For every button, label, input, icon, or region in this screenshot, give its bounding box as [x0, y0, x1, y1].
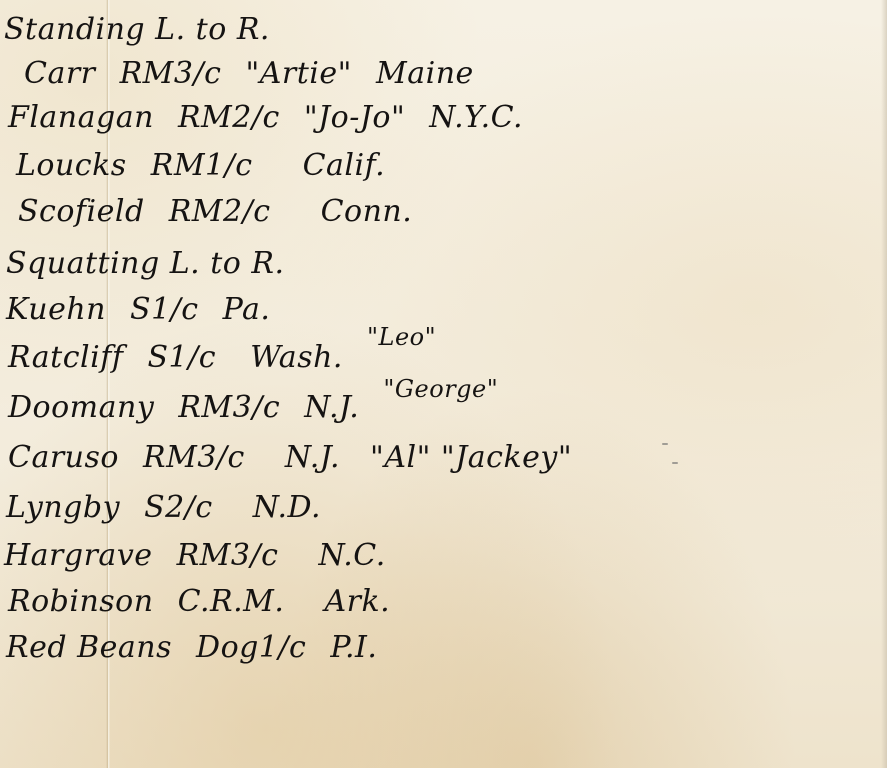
section-heading-standing: Standing L. to R. — [4, 12, 270, 48]
list-item: Ratcliff S1/c Wash. "Leo" — [8, 340, 436, 377]
section-heading-squatting: Squatting L. to R. — [6, 246, 285, 282]
sailor-home-state: N.D. — [253, 490, 321, 525]
sailor-nickname: "Jo-Jo" — [304, 100, 405, 135]
sailor-home-state: P.I. — [330, 630, 377, 665]
list-item: Flanagan RM2/c "Jo-Jo" N.Y.C. — [8, 100, 523, 136]
sailor-home-state: Ark. — [324, 584, 390, 619]
sailor-rate: Dog1/c — [196, 630, 306, 665]
list-item: Kuehn S1/c Pa. — [6, 292, 270, 328]
sailor-name: Ratcliff — [8, 340, 123, 375]
sailor-home-state: Maine — [376, 56, 474, 91]
list-item: Hargrave RM3/c N.C. — [4, 538, 386, 574]
sailor-nickname: "Artie" — [245, 56, 352, 91]
sailor-rate: RM2/c — [178, 100, 280, 135]
sailor-name: Robinson — [8, 584, 154, 619]
sailor-nickname: "Leo" — [367, 323, 436, 351]
sailor-name: Scofield — [18, 194, 145, 229]
aged-paper-document: Standing L. to R. Carr RM3/c "Artie" Mai… — [0, 0, 887, 768]
sailor-name: Kuehn — [6, 292, 106, 327]
sailor-rate: S1/c — [130, 292, 199, 327]
sailor-home-state: N.J. — [304, 390, 359, 425]
sailor-rate: RM3/c — [178, 390, 280, 425]
list-item: Doomany RM3/c N.J. "George" — [8, 390, 498, 427]
list-item: Lyngby S2/c N.D. — [6, 490, 321, 526]
sailor-home-state: Wash. — [250, 340, 343, 375]
sailor-rate: RM1/c — [151, 148, 253, 183]
sailor-rate: S1/c — [147, 340, 216, 375]
sailor-name: Caruso — [8, 440, 119, 475]
sailor-name: Flanagan — [8, 100, 154, 135]
paper-edge-shadow — [881, 0, 887, 768]
sailor-home-state: Pa. — [223, 292, 271, 327]
sailor-home-state: N.Y.C. — [429, 100, 523, 135]
sailor-name: Hargrave — [4, 538, 153, 573]
list-item: Loucks RM1/c Calif. — [16, 148, 385, 184]
sailor-name: Carr — [24, 56, 96, 91]
sailor-nickname: "Al" "Jackey" — [370, 440, 572, 475]
list-item: Caruso RM3/c N.J. "Al" "Jackey" — [8, 440, 572, 476]
ink-speck — [662, 443, 668, 445]
sailor-rate: S2/c — [144, 490, 213, 525]
sailor-home-state: N.C. — [318, 538, 385, 573]
sailor-rate: RM2/c — [169, 194, 271, 229]
sailor-rate: RM3/c — [177, 538, 279, 573]
sailor-name: Doomany — [8, 390, 154, 425]
ink-speck — [672, 462, 678, 464]
sailor-home-state: N.J. — [285, 440, 340, 475]
sailor-name: Loucks — [16, 148, 127, 183]
sailor-home-state: Calif. — [303, 148, 386, 183]
sailor-name: Red Beans — [6, 630, 172, 665]
sailor-rate: RM3/c — [120, 56, 222, 91]
list-item: Red Beans Dog1/c P.I. — [6, 630, 377, 666]
heading-text: Standing L. to R. — [4, 12, 270, 47]
sailor-rate: RM3/c — [143, 440, 245, 475]
list-item: Robinson C.R.M. Ark. — [8, 584, 390, 620]
sailor-name: Lyngby — [6, 490, 120, 525]
list-item: Carr RM3/c "Artie" Maine — [24, 56, 474, 92]
sailor-nickname: "George" — [383, 375, 498, 403]
sailor-home-state: Conn. — [321, 194, 413, 229]
heading-text: Squatting L. to R. — [6, 246, 285, 281]
list-item: Scofield RM2/c Conn. — [18, 194, 412, 230]
sailor-rate: C.R.M. — [178, 584, 285, 619]
